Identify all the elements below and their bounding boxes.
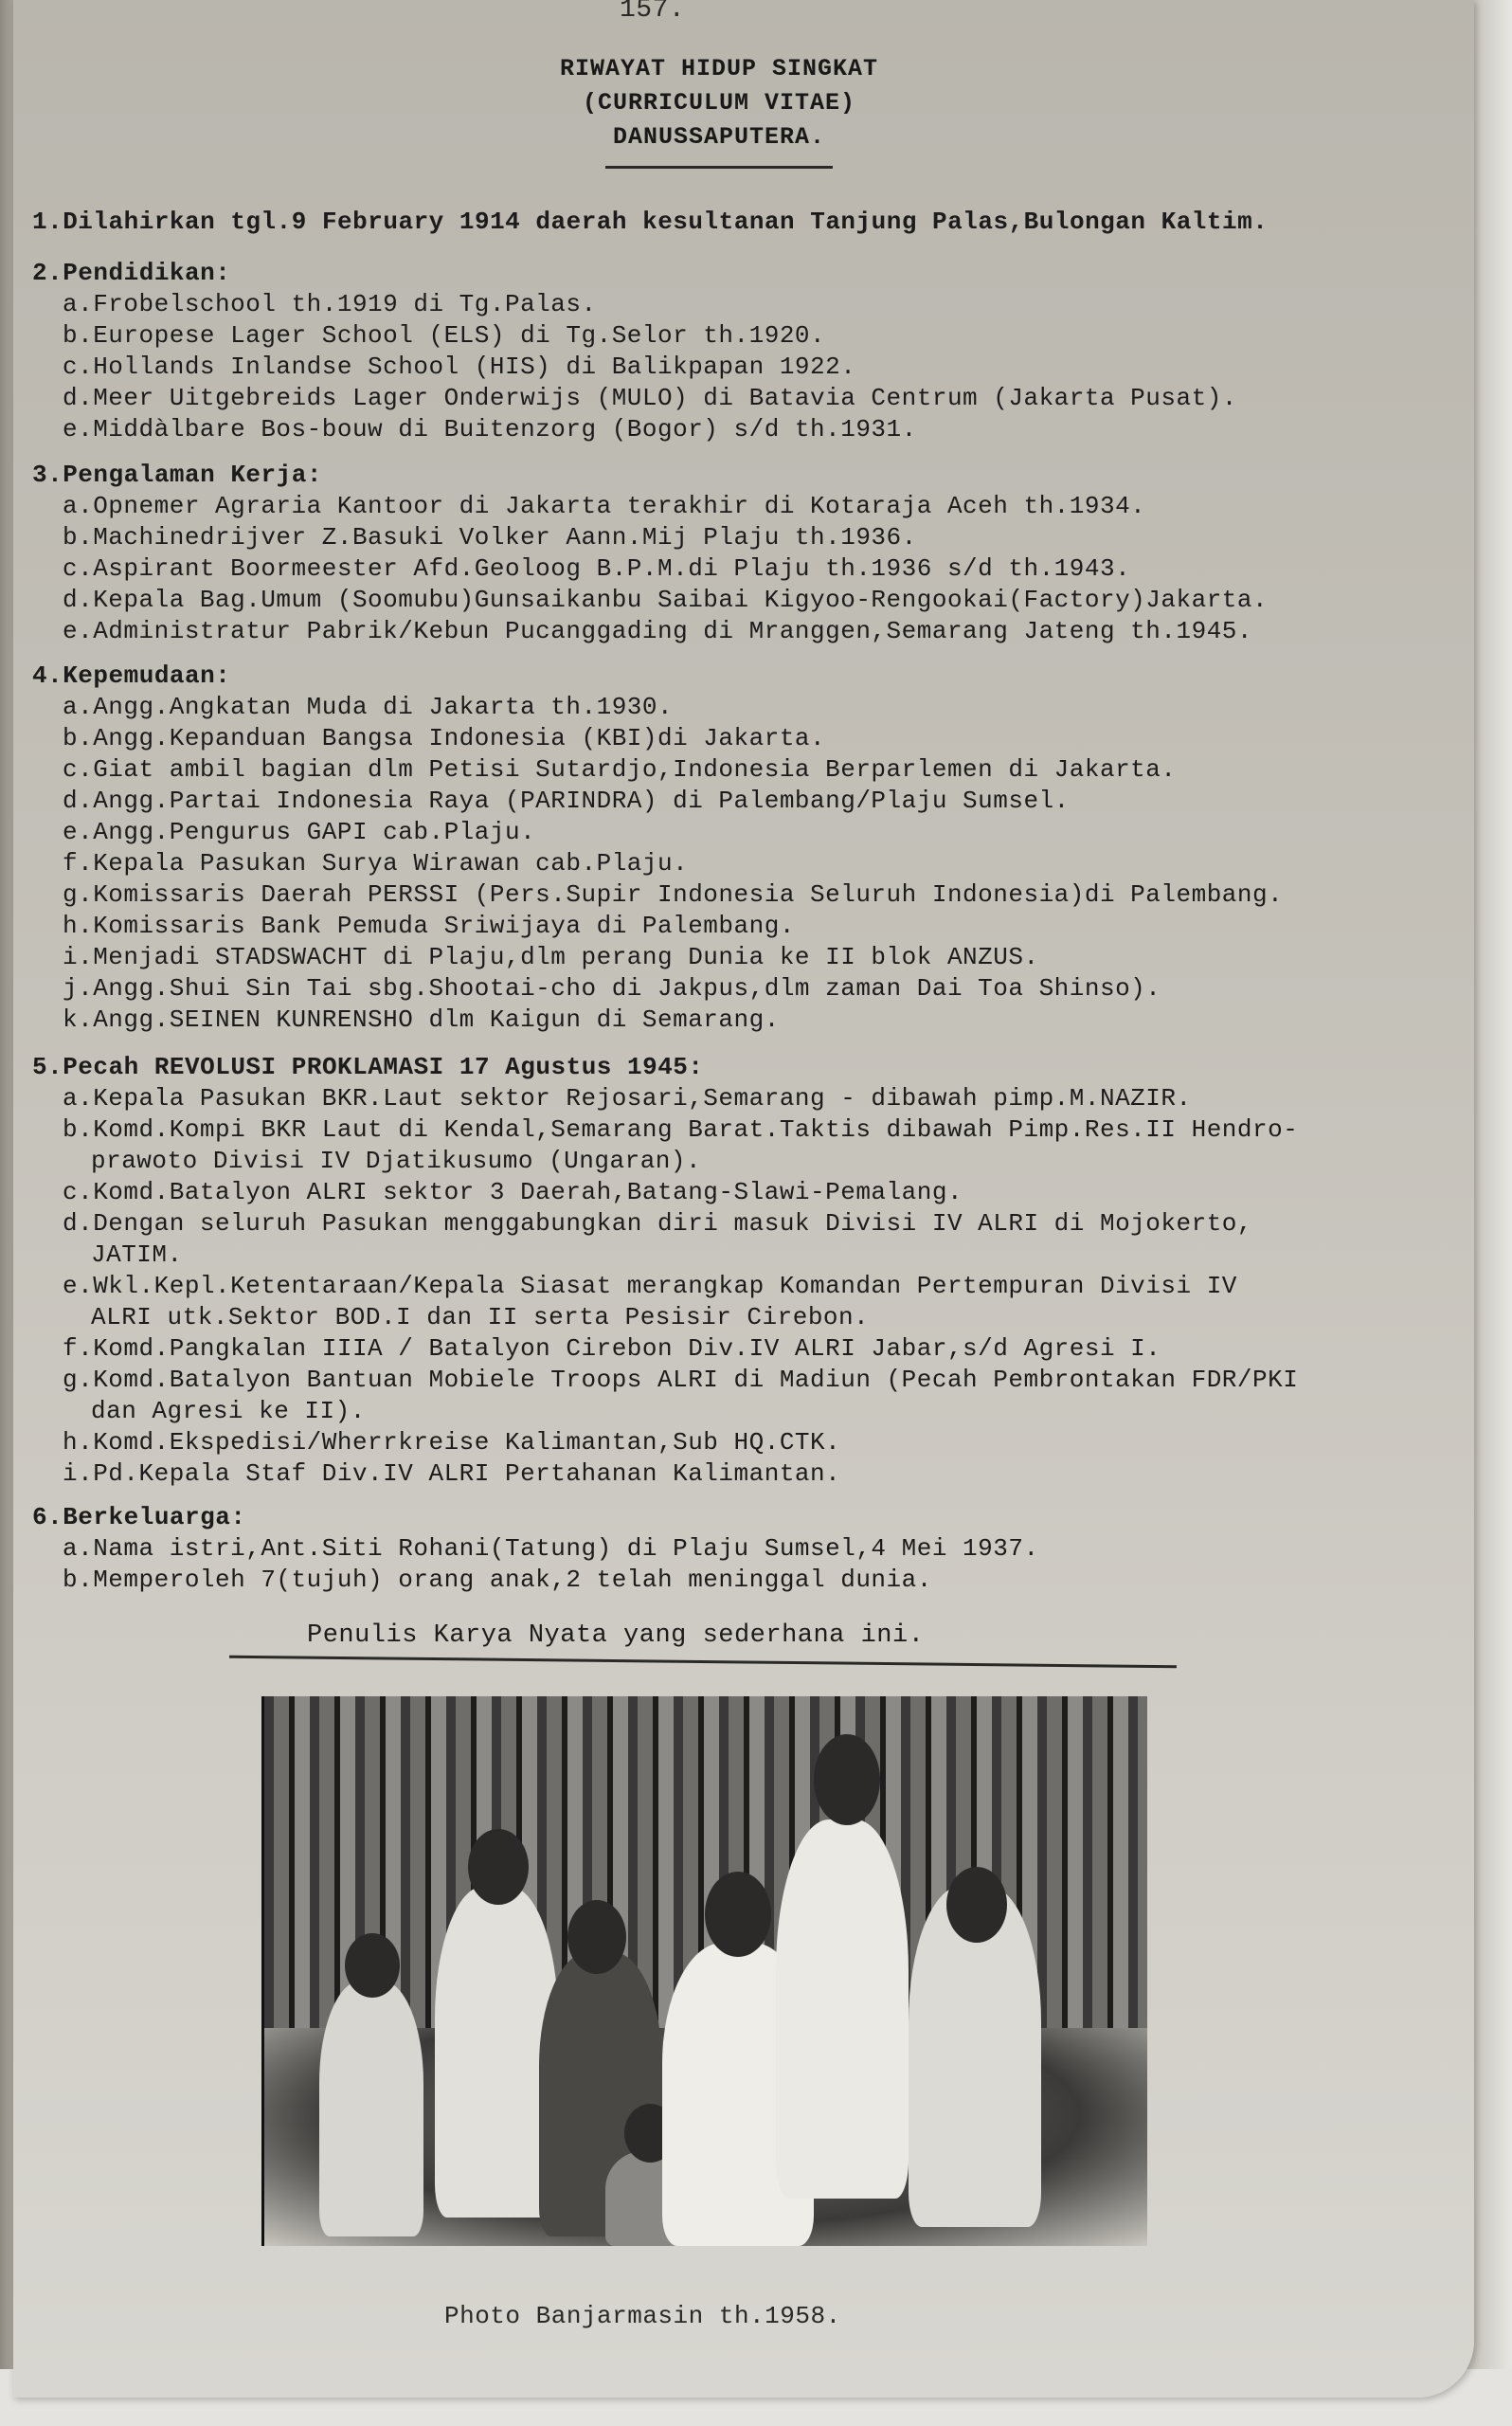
section-heading: 2.Pendidikan: xyxy=(32,258,1237,289)
list-item: b.Komd.Kompi BKR Laut di Kendal,Semarang… xyxy=(63,1114,1298,1146)
background-right xyxy=(1474,0,1512,2426)
list-item: j.Angg.Shui Sin Tai sbg.Shootai-cho di J… xyxy=(63,973,1283,1005)
person-head xyxy=(567,1900,626,1974)
list-item: c.Komd.Batalyon ALRI sektor 3 Daerah,Bat… xyxy=(63,1177,1298,1208)
list-item: b.Machinedrijver Z.Basuki Volker Aann.Mi… xyxy=(63,522,1268,553)
signature-rule xyxy=(229,1656,1177,1668)
list-item: a.Frobelschool th.1919 di Tg.Palas. xyxy=(63,289,1237,320)
person-boy-left xyxy=(319,1981,423,2236)
list-item: a.Kepala Pasukan BKR.Laut sektor Rejosar… xyxy=(63,1083,1298,1114)
section-youth: 4.Kepemudaan: a.Angg.Angkatan Muda di Ja… xyxy=(32,661,1283,1036)
list-item: a.Opnemer Agraria Kantoor di Jakarta ter… xyxy=(63,491,1268,522)
list-item: g.Komd.Batalyon Bantuan Mobiele Troops A… xyxy=(63,1365,1298,1396)
list-item: e.Wkl.Kepl.Ketentaraan/Kepala Siasat mer… xyxy=(63,1271,1298,1302)
list-item: c.Aspirant Boormeester Afd.Geoloog B.P.M… xyxy=(63,553,1268,585)
list-item: e.Middàlbare Bos-bouw di Buitenzorg (Bog… xyxy=(63,414,1237,445)
list-item: b.Angg.Kepanduan Bangsa Indonesia (KBI)d… xyxy=(63,723,1283,754)
person-head xyxy=(345,1933,400,1998)
list-item: d.Meer Uitgebreids Lager Onderwijs (MULO… xyxy=(63,383,1237,414)
section-work-experience: 3.Pengalaman Kerja: a.Opnemer Agraria Ka… xyxy=(32,460,1268,647)
list-item: c.Hollands Inlandse School (HIS) di Bali… xyxy=(63,352,1237,383)
person-girl-tall xyxy=(776,1819,909,2199)
section-heading: 4.Kepemudaan: xyxy=(32,661,1283,692)
section-revolution: 5.Pecah REVOLUSI PROKLAMASI 17 Agustus 1… xyxy=(32,1052,1298,1490)
list-item: b.Memperoleh 7(tujuh) orang anak,2 telah… xyxy=(63,1565,1039,1596)
list-item: i.Pd.Kepala Staf Div.IV ALRI Pertahanan … xyxy=(63,1458,1298,1490)
family-photo xyxy=(261,1696,1147,2246)
signature-line: Penulis Karya Nyata yang sederhana ini. xyxy=(307,1620,924,1652)
list-item: a.Angg.Angkatan Muda di Jakarta th.1930. xyxy=(63,692,1283,723)
title-line-2: (CURRICULUM VITAE) xyxy=(515,86,923,120)
list-item: d.Angg.Partai Indonesia Raya (PARINDRA) … xyxy=(63,786,1283,817)
page-number: 157. xyxy=(620,0,685,26)
list-item: h.Komd.Ekspedisi/Wherrkreise Kalimantan,… xyxy=(63,1427,1298,1458)
section-heading: 3.Pengalaman Kerja: xyxy=(32,460,1268,491)
list-item: h.Komissaris Bank Pemuda Sriwijaya di Pa… xyxy=(63,911,1283,942)
list-item: e.Administratur Pabrik/Kebun Pucanggadin… xyxy=(63,616,1268,647)
person-head xyxy=(946,1867,1007,1943)
title-block: RIWAYAT HIDUP SINGKAT (CURRICULUM VITAE)… xyxy=(515,52,923,169)
person-head xyxy=(468,1829,529,1905)
list-item: f.Komd.Pangkalan IIIA / Batalyon Cirebon… xyxy=(63,1333,1298,1365)
title-line-1: RIWAYAT HIDUP SINGKAT xyxy=(515,52,923,86)
list-item: d.Dengan seluruh Pasukan menggabungkan d… xyxy=(63,1208,1298,1240)
section-heading: 5.Pecah REVOLUSI PROKLAMASI 17 Agustus 1… xyxy=(32,1052,1298,1083)
title-underline xyxy=(605,166,833,169)
photo-caption: Photo Banjarmasin th.1958. xyxy=(444,2301,841,2332)
list-item: d.Kepala Bag.Umum (Soomubu)Gunsaikanbu S… xyxy=(63,585,1268,616)
list-item: e.Angg.Pengurus GAPI cab.Plaju. xyxy=(63,817,1283,848)
section-education: 2.Pendidikan: a.Frobelschool th.1919 di … xyxy=(32,258,1237,445)
list-item: b.Europese Lager School (ELS) di Tg.Selo… xyxy=(63,320,1237,352)
list-item-continuation: prawoto Divisi IV Djatikusumo (Ungaran). xyxy=(91,1146,1298,1177)
list-item: a.Nama istri,Ant.Siti Rohani(Tatung) di … xyxy=(63,1533,1039,1565)
list-item: g.Komissaris Daerah PERSSI (Pers.Supir I… xyxy=(63,879,1283,911)
document-page: 157. RIWAYAT HIDUP SINGKAT (CURRICULUM V… xyxy=(13,0,1474,2398)
list-item-continuation: JATIM. xyxy=(91,1240,1298,1271)
list-item-continuation: dan Agresi ke II). xyxy=(91,1396,1298,1427)
section-heading: 1.Dilahirkan tgl.9 February 1914 daerah … xyxy=(32,207,1268,238)
list-item-continuation: ALRI utk.Sektor BOD.I dan II serta Pesis… xyxy=(91,1302,1298,1333)
section-birth: 1.Dilahirkan tgl.9 February 1914 daerah … xyxy=(32,207,1268,238)
list-item: f.Kepala Pasukan Surya Wirawan cab.Plaju… xyxy=(63,848,1283,879)
person-head xyxy=(814,1734,880,1825)
section-family: 6.Berkeluarga: a.Nama istri,Ant.Siti Roh… xyxy=(32,1502,1039,1596)
list-item: i.Menjadi STADSWACHT di Plaju,dlm perang… xyxy=(63,942,1283,973)
list-item: c.Giat ambil bagian dlm Petisi Sutardjo,… xyxy=(63,754,1283,786)
section-heading: 6.Berkeluarga: xyxy=(32,1502,1039,1533)
list-item: k.Angg.SEINEN KUNRENSHO dlm Kaigun di Se… xyxy=(63,1005,1283,1036)
subject-name: DANUSSAPUTERA. xyxy=(515,120,923,154)
person-head xyxy=(705,1872,771,1957)
